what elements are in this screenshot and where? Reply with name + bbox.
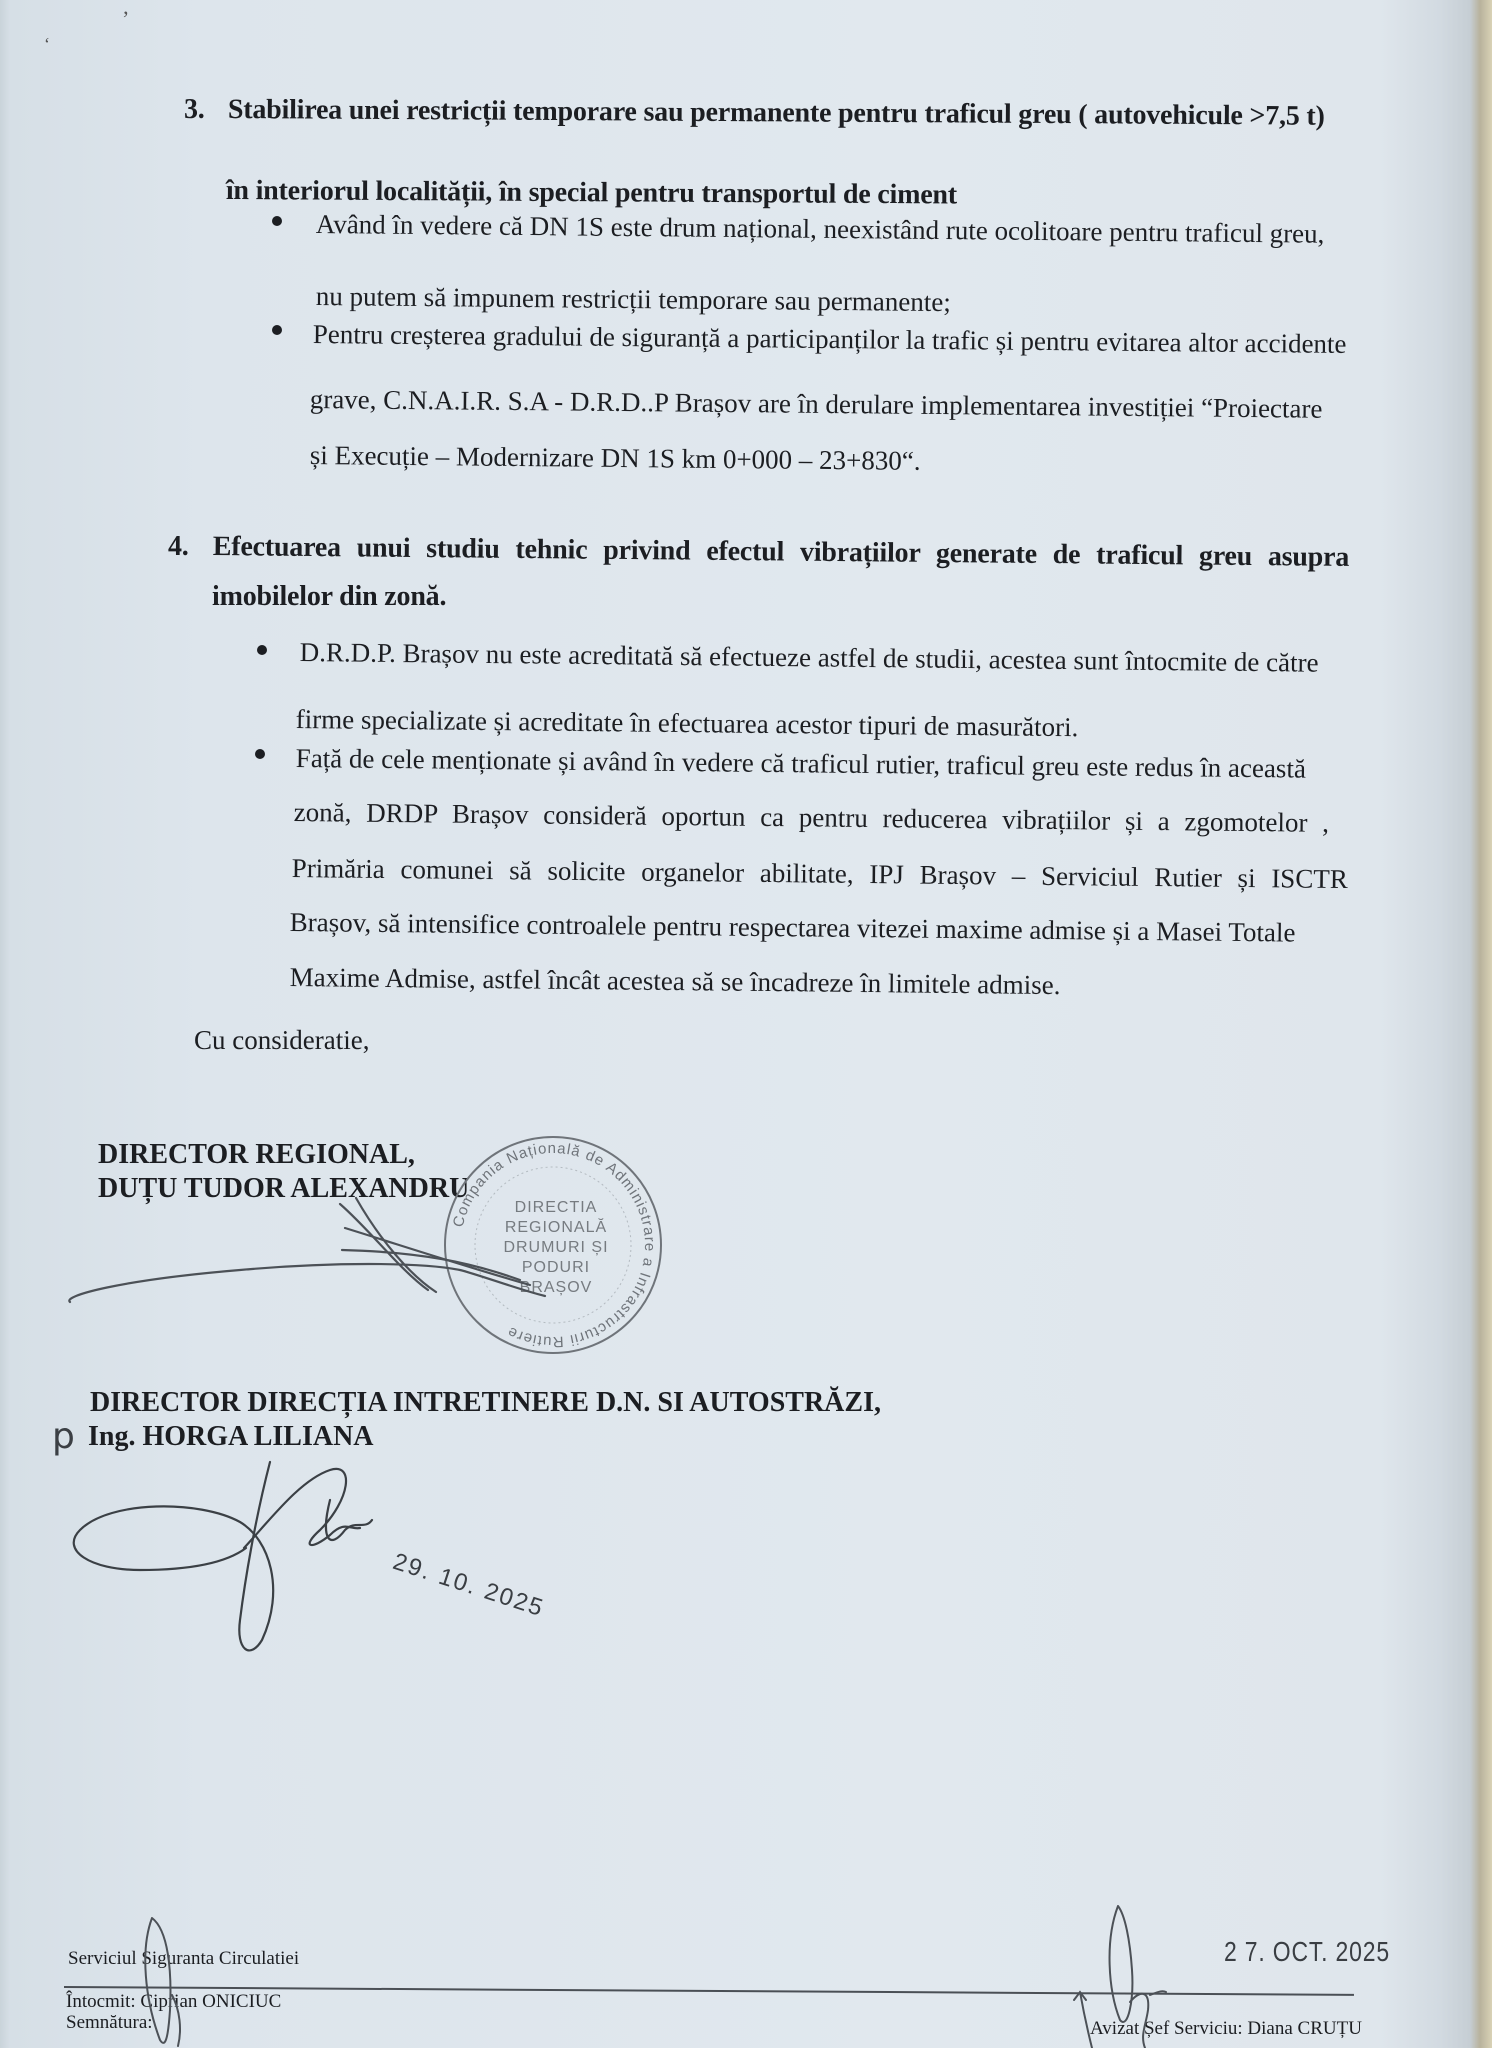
signature-prepared-by-icon <box>145 1918 180 2046</box>
signature-approved-by-icon <box>1074 1906 1166 2048</box>
signature-maintenance-director-icon <box>74 1462 372 1650</box>
signature-regional-director-icon <box>69 1198 545 1302</box>
signatures-overlay <box>0 0 1492 2048</box>
document-page: ’ ‘ 3. Stabilirea unei restricții tempor… <box>0 0 1492 2048</box>
